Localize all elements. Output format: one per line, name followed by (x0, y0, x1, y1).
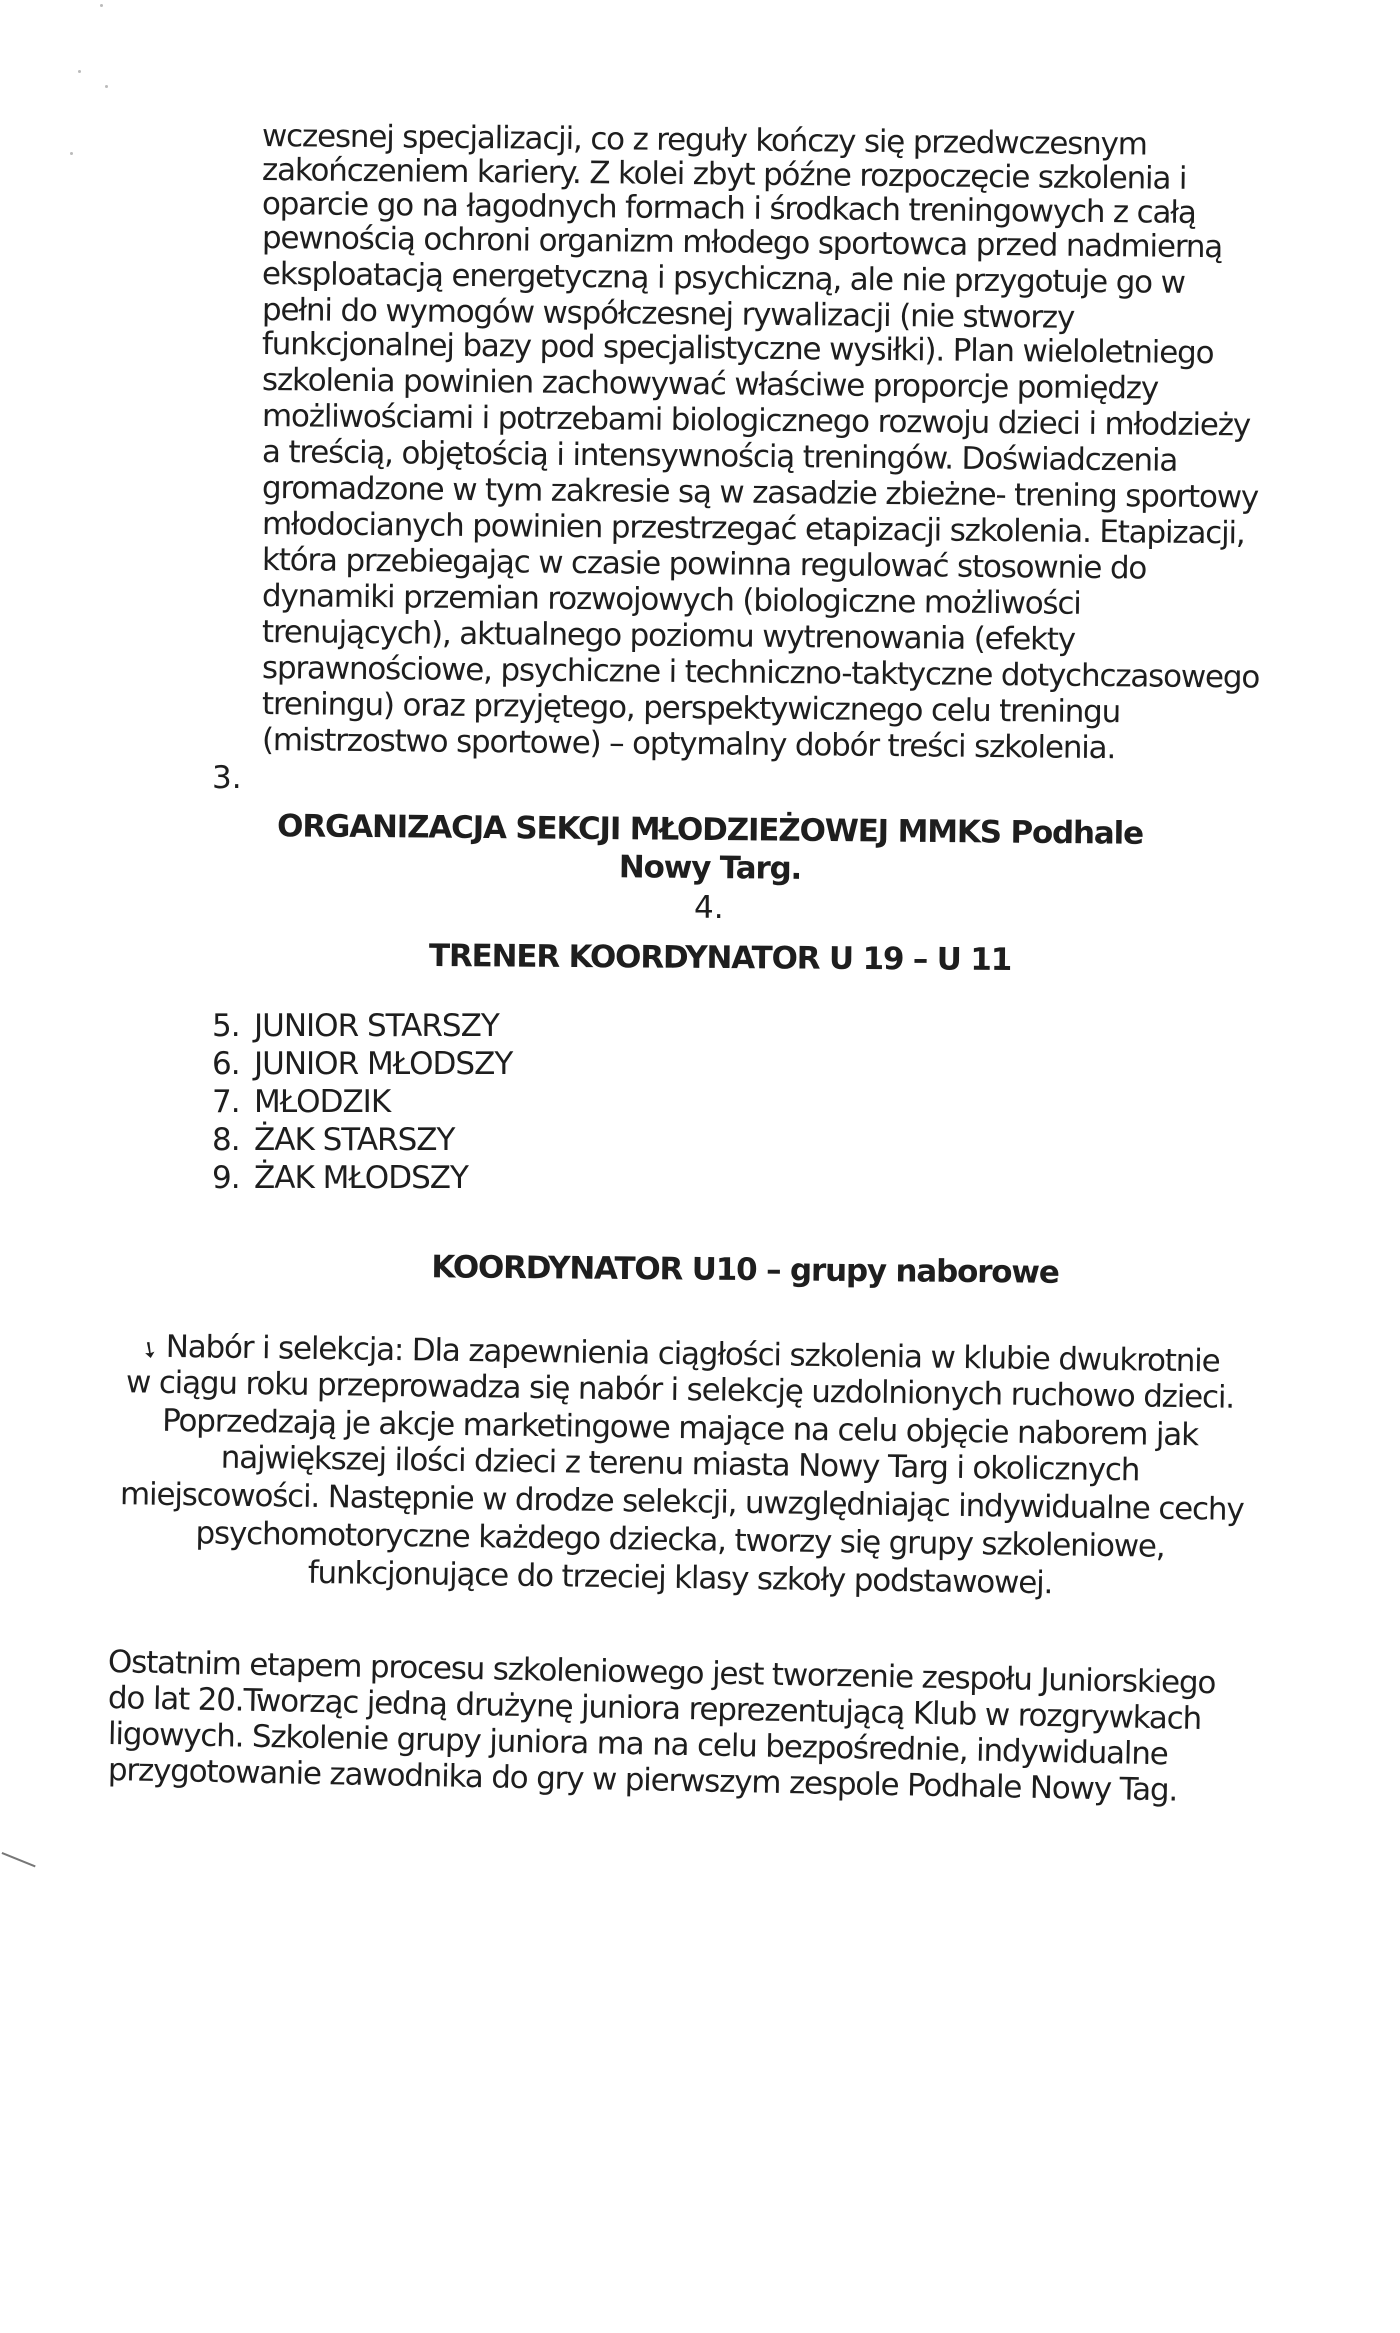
scan-mark (2, 1852, 36, 1867)
section-number: 3. (212, 760, 242, 796)
scan-speck (100, 4, 103, 7)
list-number: 5. (212, 1008, 254, 1044)
section-heading-continued: Nowy Targ. (200, 846, 1220, 891)
group-list-item: 8.ŻAK STARSZY (212, 1122, 454, 1158)
group-list-item: 9.ŻAK MŁODSZY (212, 1160, 468, 1196)
list-number: 9. (212, 1160, 254, 1196)
list-number: 6. (212, 1046, 254, 1082)
section-heading: ORGANIZACJA SEKCJI MŁODZIEŻOWEJ MMKS Pod… (200, 808, 1220, 853)
section-number: 4. (694, 890, 724, 926)
group-list-item: 5.JUNIOR STARSZY (212, 1008, 499, 1044)
arrow-bullet-icon: ➘ (135, 1335, 164, 1365)
scanned-document-page: wczesnej specjalizacji, co z reguły końc… (0, 0, 1400, 2333)
group-label: JUNIOR MŁODSZY (254, 1046, 512, 1082)
list-number: 7. (212, 1084, 254, 1120)
group-label: ŻAK STARSZY (254, 1122, 454, 1158)
u10-heading: KOORDYNATOR U10 – grupy naborowe (200, 1247, 1290, 1293)
group-list-item: 7.MŁODZIK (212, 1084, 390, 1120)
group-label: ŻAK MŁODSZY (254, 1160, 468, 1196)
group-label: MŁODZIK (254, 1084, 390, 1120)
list-number: 8. (212, 1122, 254, 1158)
scan-speck (105, 85, 108, 88)
coordinator-heading: TRENER KOORDYNATOR U 19 – U 11 (200, 936, 1240, 979)
scan-speck (78, 70, 81, 73)
group-list-item: 6.JUNIOR MŁODSZY (212, 1046, 512, 1082)
paragraph-line: (mistrzostwo sportowe) – optymalny dobór… (262, 722, 1115, 766)
group-label: JUNIOR STARSZY (254, 1008, 499, 1044)
scan-speck (70, 152, 73, 155)
